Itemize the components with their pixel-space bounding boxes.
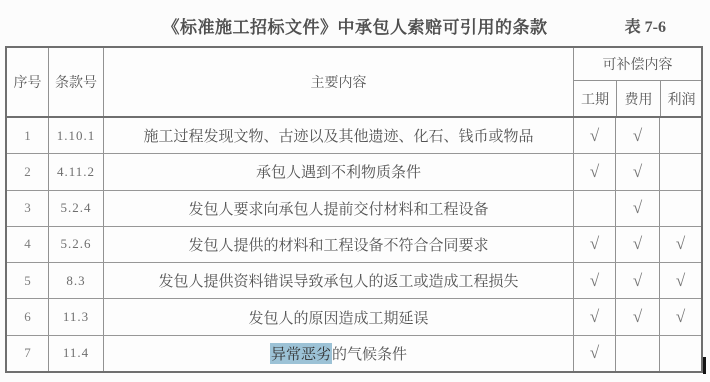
duration-check-cell: √ [573,118,615,153]
table-row: 58.3发包人提供资料错误导致承包人的返工或造成工程损失√√√ [7,262,701,298]
clause-number-cell: 4.11.2 [48,154,103,189]
page-title: 《标准施工招标文件》中承包人索赔可引用的条款 [0,13,710,38]
duration-check-cell: √ [573,263,615,298]
seq-cell: 7 [7,336,48,371]
content-text: 施工过程发现文物、古迹以及其他遗迹、化石、钱币或物品 [143,125,533,146]
header-duration: 工期 [574,81,616,116]
profit-check-cell: √ [659,263,701,298]
main-content-cell: 施工过程发现文物、古迹以及其他遗迹、化石、钱币或物品 [103,118,573,153]
highlighted-text: 异常恶劣 [270,343,332,364]
duration-check-cell: √ [573,227,615,262]
table-row: 11.10.1施工过程发现文物、古迹以及其他遗迹、化石、钱币或物品√√ [7,118,701,153]
table-row: 45.2.6发包人提供的材料和工程设备不符合合同要求√√√ [7,226,701,262]
clause-number-cell: 8.3 [48,263,103,298]
cost-check-cell: √ [615,118,659,153]
profit-check-cell [659,154,701,189]
table-number-label: 表 7-6 [625,14,666,37]
content-text: 发包人提供的材料和工程设备不符合合同要求 [188,234,488,255]
main-content-cell: 发包人提供的材料和工程设备不符合合同要求 [103,227,573,262]
header-cost: 费用 [616,81,660,116]
seq-cell: 2 [7,154,48,189]
clause-number-cell: 1.10.1 [48,118,103,153]
seq-cell: 4 [7,227,48,262]
header-compensable-subrow: 工期 费用 利润 [574,81,701,116]
duration-check-cell [573,191,615,226]
content-text: 发包人要求向承包人提前交付材料和工程设备 [188,198,488,219]
clause-number-cell: 11.4 [48,336,103,371]
header-profit: 利润 [660,81,702,116]
scanned-document-page: { "page": { "title": "《标准施工招标文件》中承包人索赔可引… [0,0,710,382]
content-text: 发包人提供资料错误导致承包人的返工或造成工程损失 [158,270,518,291]
main-content-cell: 发包人的原因造成工期延误 [103,299,573,334]
document-header: 《标准施工招标文件》中承包人索赔可引用的条款 表 7-6 [0,13,710,37]
table-body: 11.10.1施工过程发现文物、古迹以及其他遗迹、化石、钱币或物品√√24.11… [7,118,701,371]
duration-check-cell: √ [573,336,615,371]
main-content-cell: 承包人遇到不利物质条件 [103,154,573,189]
cost-check-cell [615,336,659,371]
cost-check-cell: √ [615,299,659,334]
content-text: 发包人的原因造成工期延误 [248,307,428,328]
header-clause-number: 条款号 [48,48,103,116]
table-row: 24.11.2承包人遇到不利物质条件√√ [7,153,701,189]
cost-check-cell: √ [615,191,659,226]
duration-check-cell: √ [573,154,615,189]
cost-check-cell: √ [615,263,659,298]
content-text: 承包人遇到不利物质条件 [256,161,421,182]
table-row: 35.2.4发包人要求向承包人提前交付材料和工程设备√ [7,190,701,226]
cost-check-cell: √ [615,227,659,262]
profit-check-cell [659,336,701,371]
table-row: 611.3发包人的原因造成工期延误√√√ [7,298,701,334]
profit-check-cell [659,118,701,153]
cost-check-cell: √ [615,154,659,189]
header-seq: 序号 [7,48,48,116]
claims-clauses-table: 序号 条款号 主要内容 可补偿内容 工期 费用 利润 11.10.1施工过程发现… [5,46,703,373]
clause-number-cell: 5.2.6 [48,227,103,262]
header-compensable-group: 可补偿内容 工期 费用 利润 [573,48,701,116]
header-main-content: 主要内容 [103,48,573,116]
profit-check-cell: √ [659,227,701,262]
profit-check-cell: √ [659,299,701,334]
seq-cell: 3 [7,191,48,226]
clause-number-cell: 5.2.4 [48,191,103,226]
duration-check-cell: √ [573,299,615,334]
main-content-cell: 发包人提供资料错误导致承包人的返工或造成工程损失 [103,263,573,298]
seq-cell: 1 [7,118,48,153]
header-compensable: 可补偿内容 [574,48,701,81]
clause-number-cell: 11.3 [48,299,103,334]
text-cursor-mark [703,357,706,374]
table-header: 序号 条款号 主要内容 可补偿内容 工期 费用 利润 [7,48,701,118]
seq-cell: 6 [7,299,48,334]
main-content-cell: 发包人要求向承包人提前交付材料和工程设备 [103,191,573,226]
table-row: 711.4异常恶劣的气候条件√ [7,335,701,371]
seq-cell: 5 [7,263,48,298]
profit-check-cell [659,191,701,226]
content-text: 的气候条件 [332,343,407,364]
main-content-cell: 异常恶劣的气候条件 [103,336,573,371]
